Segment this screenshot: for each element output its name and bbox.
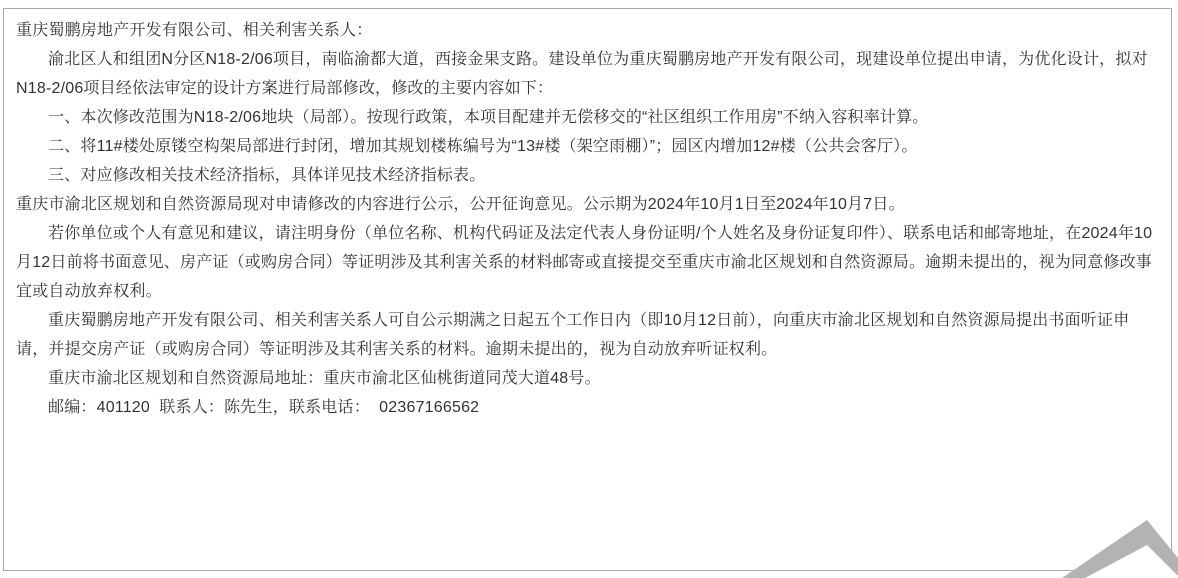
document-frame: 重庆蜀鹏房地产开发有限公司、相关利害关系人： 渝北区人和组团N分区N18-2/0… xyxy=(3,8,1172,571)
notice-page: 重庆蜀鹏房地产开发有限公司、相关利害关系人： 渝北区人和组团N分区N18-2/0… xyxy=(0,0,1178,578)
paragraph-publicity-period: 重庆市渝北区规划和自然资源局现对申请修改的内容进行公示，公开征询意见。公示期为2… xyxy=(16,190,1159,219)
paragraph-item-3: 三、对应修改相关技术经济指标，具体详见技术经济指标表。 xyxy=(16,161,1159,190)
paragraph-hearing-rights: 重庆蜀鹏房地产开发有限公司、相关利害关系人可自公示期满之日起五个工作日内（即10… xyxy=(16,306,1159,364)
paragraph-project-intro: 渝北区人和组团N分区N18-2/06项目，南临渝都大道，西接金果支路。建设单位为… xyxy=(16,45,1159,103)
paragraph-bureau-address: 重庆市渝北区规划和自然资源局地址：重庆市渝北区仙桃街道同茂大道48号。 xyxy=(16,364,1159,393)
notice-body: 重庆蜀鹏房地产开发有限公司、相关利害关系人： 渝北区人和组团N分区N18-2/0… xyxy=(16,16,1159,422)
salutation-line: 重庆蜀鹏房地产开发有限公司、相关利害关系人： xyxy=(16,16,1159,45)
paragraph-contact-info: 邮编：401120 联系人：陈先生，联系电话： 02367166562 xyxy=(16,393,1159,422)
paragraph-feedback-instructions: 若你单位或个人有意见和建议，请注明身份（单位名称、机构代码证及法定代表人身份证明… xyxy=(16,219,1159,306)
paragraph-item-1: 一、本次修改范围为N18-2/06地块（局部）。按现行政策，本项目配建并无偿移交… xyxy=(16,103,1159,132)
paragraph-item-2: 二、将11#楼处原镂空构架局部进行封闭，增加其规划楼栋编号为“13#楼（架空雨棚… xyxy=(16,132,1159,161)
